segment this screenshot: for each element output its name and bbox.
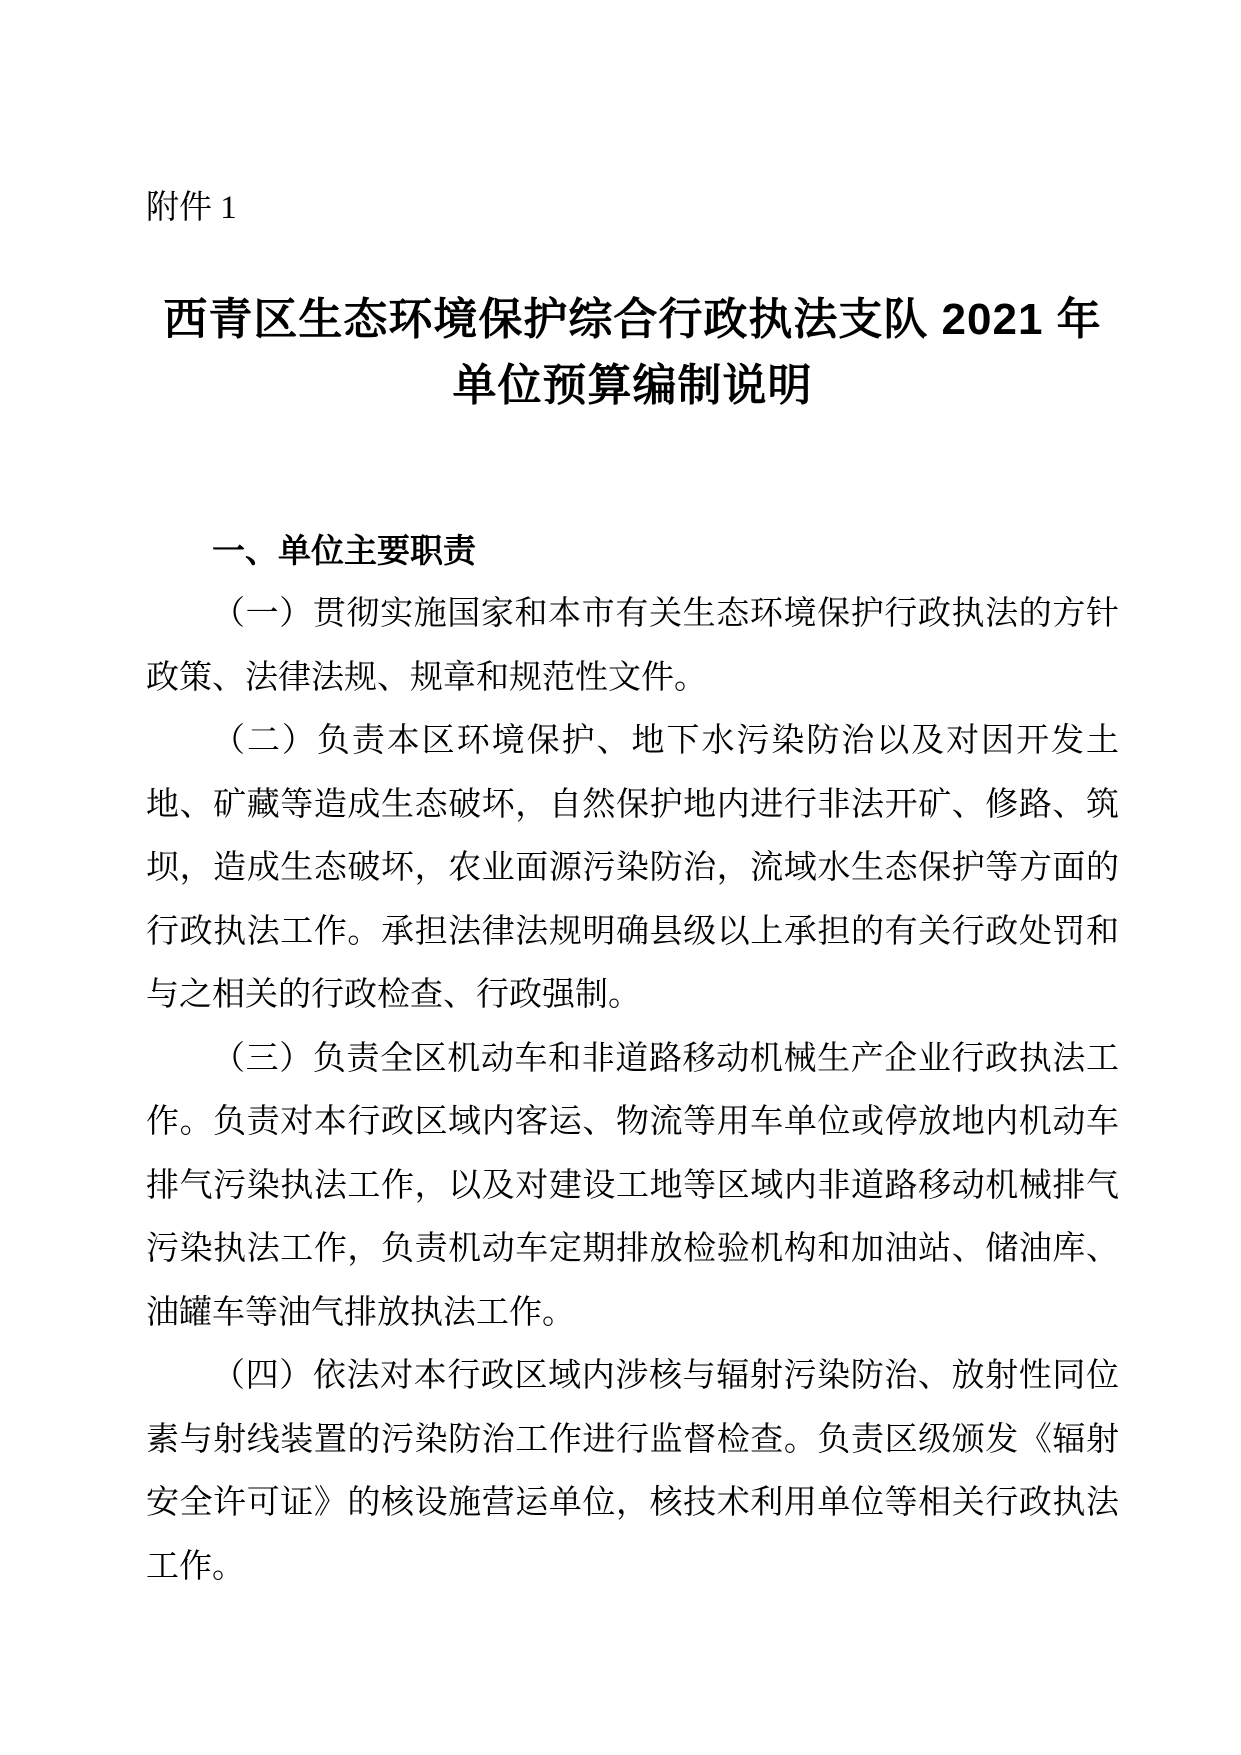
paragraph-duty-2: （二）负责本区环境保护、地下水污染防治以及对因开发土地、矿藏等造成生态破坏，自然…	[146, 710, 1119, 1028]
paragraph-duty-4: （四）依法对本行政区域内涉核与辐射污染防治、放射性同位素与射线装置的污染防治工作…	[146, 1345, 1119, 1599]
paragraph-duty-3: （三）负责全区机动车和非道路移动机械生产企业行政执法工作。负责对本行政区域内客运…	[146, 1028, 1119, 1346]
document-title-line2: 单位预算编制说明	[453, 361, 813, 410]
paragraph-duty-1: （一）贯彻实施国家和本市有关生态环境保护行政执法的方针政策、法律法规、规章和规范…	[146, 583, 1119, 710]
document-title-line1: 西青区生态环境保护综合行政执法支队 2021 年	[163, 295, 1101, 344]
document-title: 西青区生态环境保护综合行政执法支队 2021 年单位预算编制说明	[146, 287, 1119, 419]
document-page: 附件 1 西青区生态环境保护综合行政执法支队 2021 年单位预算编制说明 一、…	[0, 0, 1241, 1755]
attachment-label: 附件 1	[146, 0, 1119, 230]
section-heading-duties: 一、单位主要职责	[146, 519, 1119, 583]
document-content: 附件 1 西青区生态环境保护综合行政执法支队 2021 年单位预算编制说明 一、…	[146, 0, 1119, 1599]
